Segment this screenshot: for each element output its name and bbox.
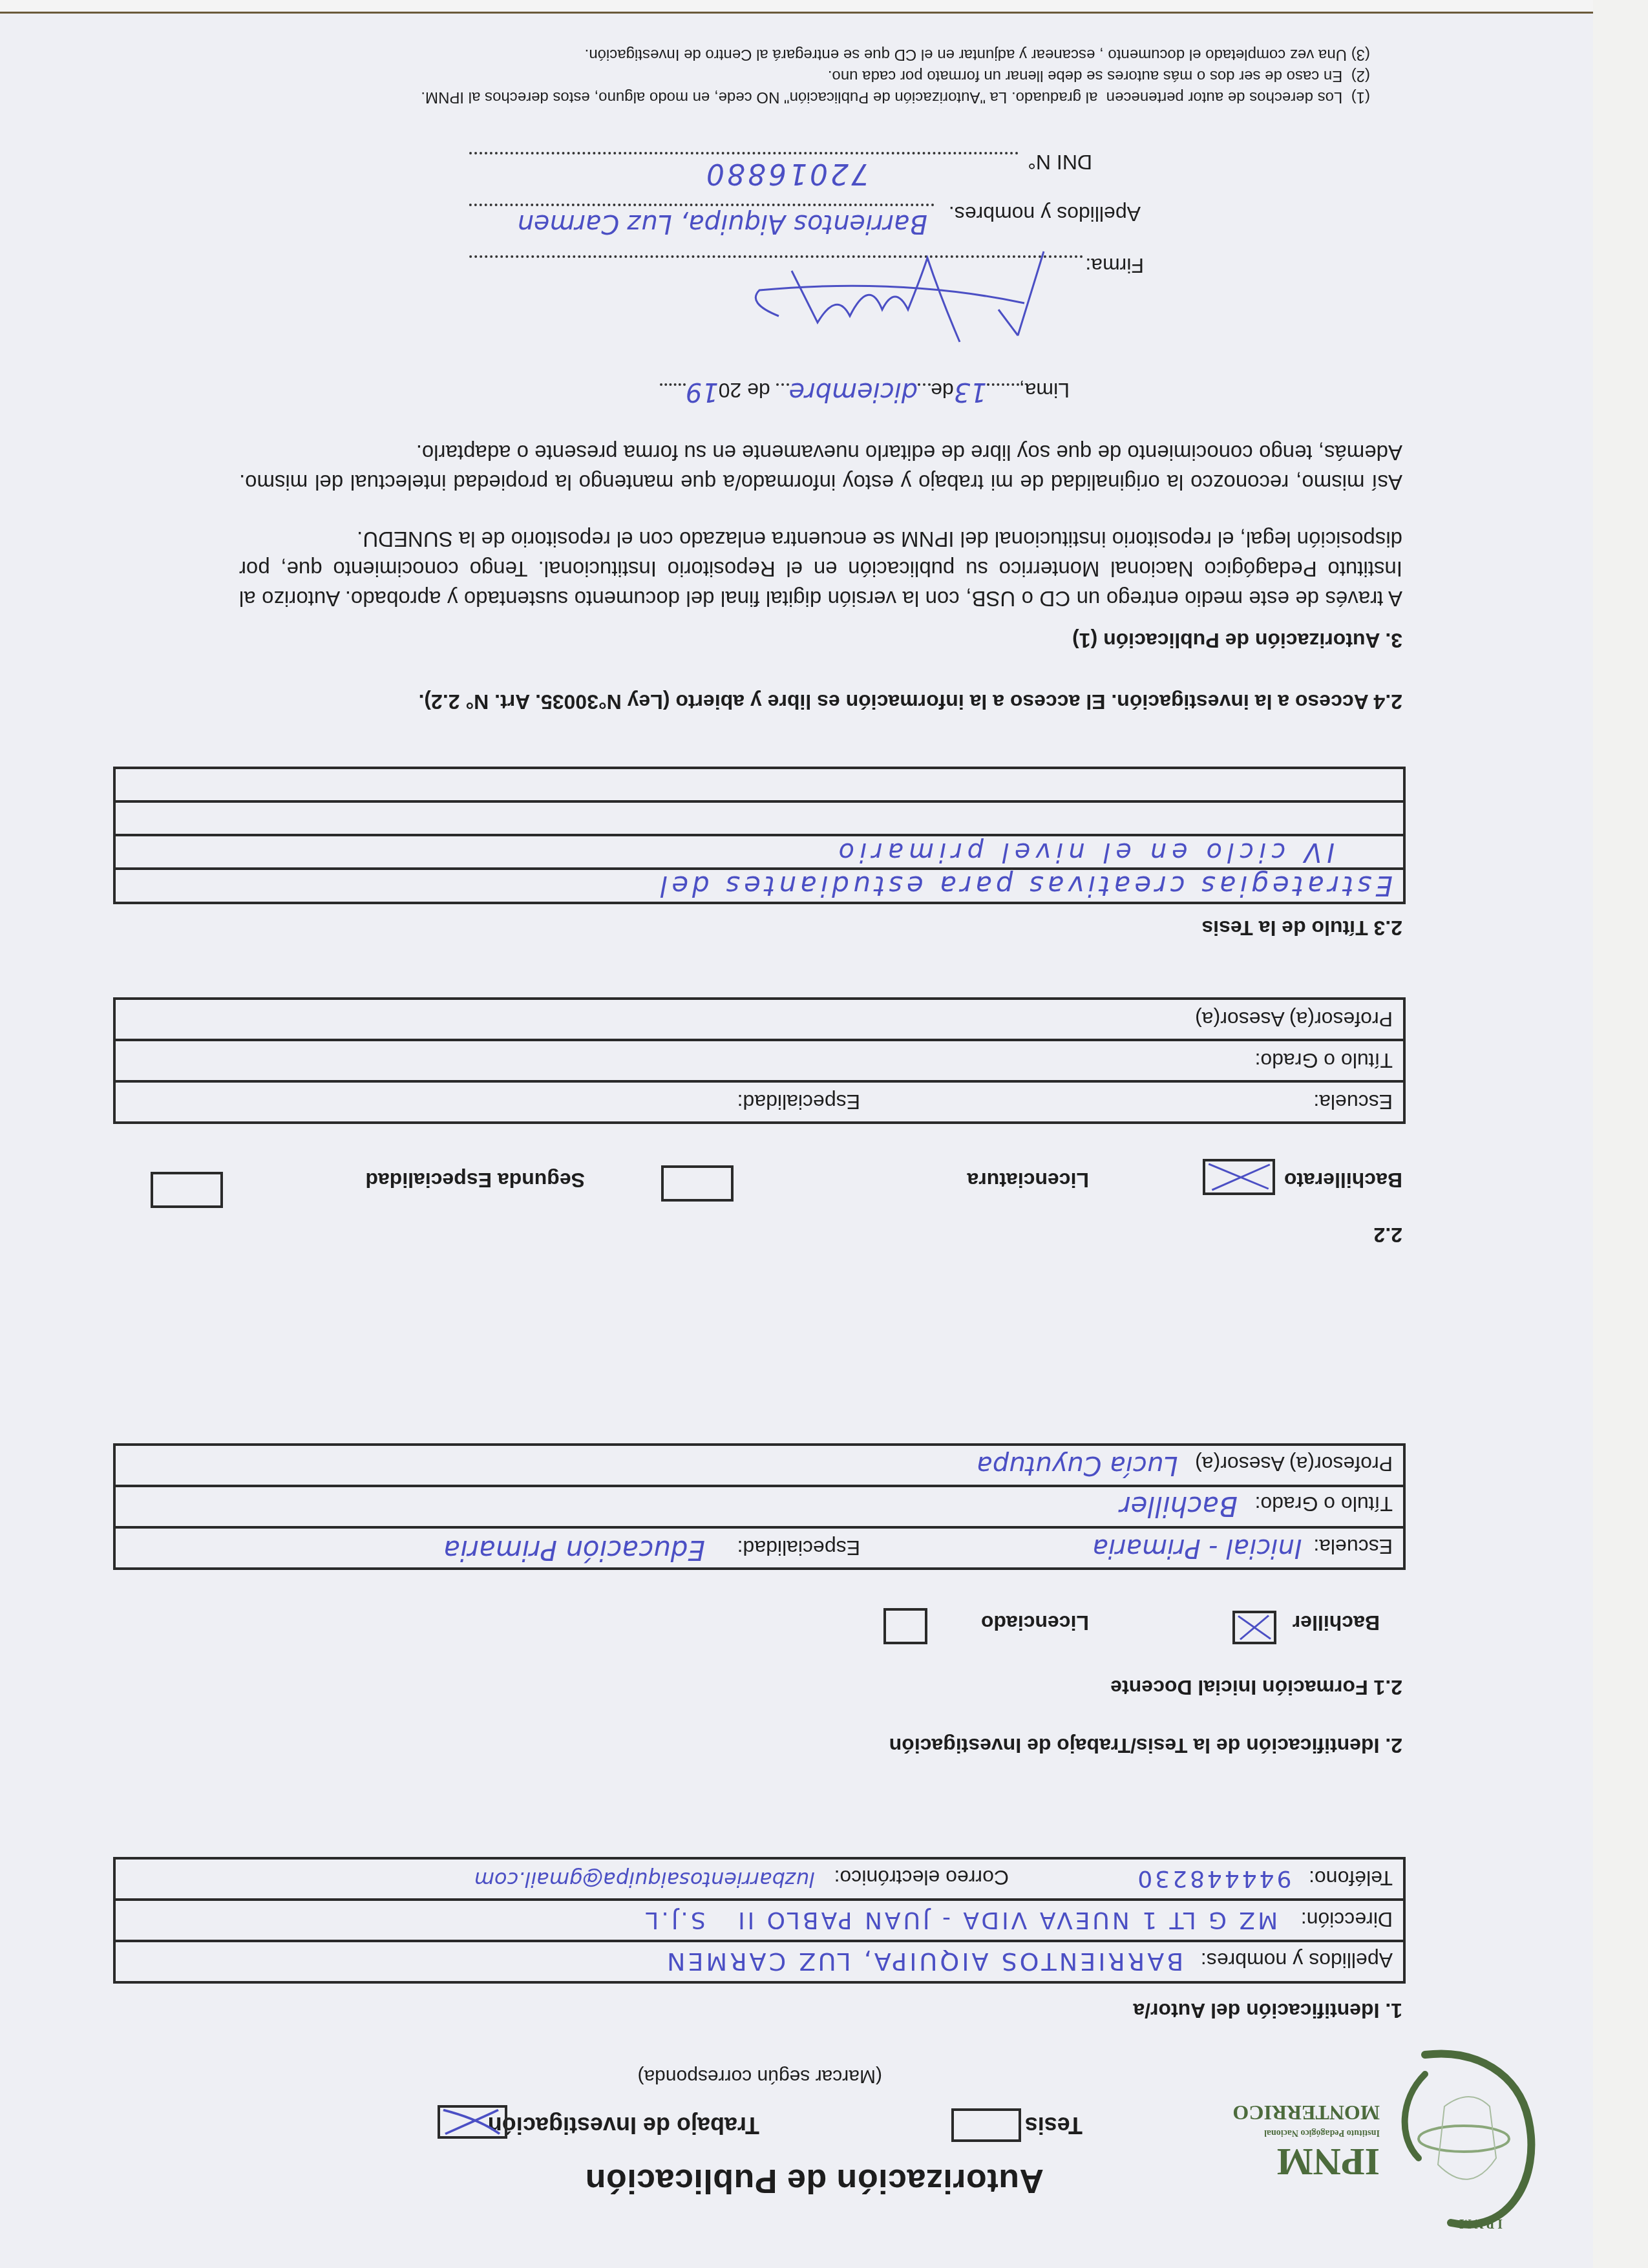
section22-heading: 2.2 xyxy=(1374,1223,1402,1247)
degree-row[interactable]: Título o Grado: Bachiller xyxy=(114,1486,1404,1527)
contact-row[interactable]: Teléfono: 944448230 Correo electrónico: … xyxy=(114,1858,1404,1900)
institution-logo: I P N M IPNM Instituto Pedagógico Nacion… xyxy=(1186,2048,1548,2242)
scanner-edge-strip xyxy=(1593,0,1648,2268)
school-22-row[interactable]: Escuela: Especialidad: xyxy=(114,1081,1404,1123)
authorization-paragraph-2: Así mismo, reconozco la originalidad de … xyxy=(239,438,1402,497)
date-de2: de 20 xyxy=(719,379,770,402)
section3-heading: 3. Autorización de Publicación (1) xyxy=(1072,628,1402,652)
author-name-label: Apellidos y nombres: xyxy=(1201,1949,1393,1972)
page-title: Autorización de Publicación xyxy=(585,2161,1044,2200)
signer-name-value: Barrientos Aiquipa, Luz Carmen xyxy=(518,209,927,238)
signer-name-line[interactable] xyxy=(469,204,934,206)
degree-value: Bachiller xyxy=(1120,1491,1238,1523)
licenciatura-checkbox[interactable] xyxy=(661,1165,734,1202)
licenciatura-label: Licenciatura xyxy=(967,1168,1089,1192)
footnote-2: (2) En caso de ser dos o más autores se … xyxy=(828,67,1370,85)
logo-acronym: IPNM xyxy=(1276,2139,1380,2184)
advisor-value: Lucía Cuyutupa xyxy=(977,1450,1178,1480)
date-de1: de xyxy=(931,379,954,402)
specialty-label: Especialidad: xyxy=(737,1536,860,1560)
licenciado-label: Licenciado xyxy=(981,1611,1089,1635)
date-prefix: Lima, xyxy=(1019,379,1070,402)
advisor-22-label: Profesor(a) Asesor(a) xyxy=(1195,1008,1393,1032)
dni-line[interactable] xyxy=(469,152,1018,154)
tesis-checkbox[interactable] xyxy=(951,2108,1021,2142)
signer-name-label: Apellidos y nombres. xyxy=(949,202,1141,226)
logo-subtitle: Instituto Pedagógico Nacional xyxy=(1264,2127,1380,2137)
advisor-row[interactable]: Profesor(a) Asesor(a) Lucía Cuyutupa xyxy=(114,1445,1404,1486)
selection-note: (Marcar según corresponda) xyxy=(637,2065,882,2087)
document-page: I P N M IPNM Instituto Pedagógico Nacion… xyxy=(0,0,1593,2268)
author-table: Apellidos y nombres: BARRIENTOS AIQUIPA,… xyxy=(113,1857,1406,1984)
check-x-icon xyxy=(1205,1161,1273,1192)
school-label: Escuela: xyxy=(1313,1535,1393,1558)
section2-heading: 2. Identificación de la Tesis/Trabajo de… xyxy=(889,1733,1402,1757)
thesis-title-line-3[interactable] xyxy=(114,801,1404,835)
seal-icon xyxy=(1393,2042,1548,2236)
signature-label: Firma: xyxy=(1085,253,1144,277)
footnote-1: (1) Los derechos de autor pertenecen al … xyxy=(421,88,1370,106)
date-month: diciembre xyxy=(789,377,918,407)
advisor-label: Profesor(a) Asesor(a) xyxy=(1195,1452,1393,1476)
degree-label: Título o Grado: xyxy=(1255,1493,1393,1516)
authorization-paragraph-1: A través de este medio entrego un CD o U… xyxy=(239,524,1402,613)
section21-heading: 2.1 Formación Inicial Docente xyxy=(1110,1675,1402,1699)
address-label: Dirección: xyxy=(1301,1909,1393,1932)
date-line: Lima,13dediciembre de 2019 xyxy=(660,377,1070,407)
trabajo-checkbox[interactable] xyxy=(438,2105,507,2139)
specialty-value: Educación Primaria xyxy=(443,1534,705,1566)
school-row[interactable]: Escuela: Inicial - Primaria Especialidad… xyxy=(114,1527,1404,1569)
page-edge xyxy=(0,0,1593,14)
footnote-3: (3) Una vez completado el documento , es… xyxy=(585,45,1370,63)
formation-21-table: Escuela: Inicial - Primaria Especialidad… xyxy=(113,1443,1406,1570)
school-22-label: Escuela: xyxy=(1313,1091,1393,1114)
licenciado-checkbox[interactable] xyxy=(883,1608,927,1644)
thesis-title-text-2: IV ciclo en el nivel primario xyxy=(834,837,1393,867)
email-value: luzbarrientosaiquipa@gmail.com xyxy=(474,1867,815,1892)
author-name-row[interactable]: Apellidos y nombres: BARRIENTOS AIQUIPA,… xyxy=(114,1941,1404,1982)
thesis-title-table: Estrategias creativas para estudiantes d… xyxy=(113,767,1406,904)
phone-value: 944448230 xyxy=(1135,1866,1291,1892)
formation-22-table: Escuela: Especialidad: Título o Grado: P… xyxy=(113,997,1406,1124)
dni-value: 72016880 xyxy=(704,157,869,190)
signature-scribble-icon xyxy=(740,245,1063,348)
degree-22-label: Título o Grado: xyxy=(1255,1050,1393,1073)
phone-label: Teléfono: xyxy=(1309,1867,1393,1891)
bachillerato-checkbox[interactable] xyxy=(1203,1159,1275,1195)
author-name-value: BARRIENTOS AIQUIPA, LUZ CARMEN xyxy=(664,1947,1183,1976)
dni-label: DNI N° xyxy=(1028,150,1092,174)
bachiller-label: Bachiller xyxy=(1293,1611,1380,1635)
scan-background: I P N M IPNM Instituto Pedagógico Nacion… xyxy=(0,0,1648,2268)
section1-heading: 1. Identificación del Autor/a xyxy=(1133,1998,1402,2022)
trabajo-label: Trabajo de Investigación xyxy=(488,2112,759,2139)
address-value: MZ G LT 1 NUEVA VIDA - JUAN PABLO II S.J… xyxy=(643,1907,1278,1934)
email-label: Correo electrónico: xyxy=(834,1865,1009,1889)
segunda-especialidad-checkbox[interactable] xyxy=(151,1172,223,1208)
section23-heading: 2.3 Título de la Tesis xyxy=(1201,916,1402,940)
thesis-title-text-1: Estrategias creativas para estudiantes d… xyxy=(657,870,1393,902)
check-x-icon xyxy=(440,2108,505,2136)
date-year: 19 xyxy=(686,377,719,407)
thesis-title-line-4[interactable] xyxy=(114,768,1404,801)
tesis-label: Tesis xyxy=(1025,2112,1083,2139)
specialty-22-label: Especialidad: xyxy=(737,1090,860,1114)
advisor-22-row[interactable]: Profesor(a) Asesor(a) xyxy=(114,999,1404,1040)
thesis-title-line-1[interactable]: Estrategias creativas para estudiantes d… xyxy=(114,869,1404,903)
school-value: Inicial - Primaria xyxy=(1092,1533,1302,1563)
bachillerato-label: Bachillerato xyxy=(1284,1168,1402,1192)
section24-heading: 2.4 Acceso a la investigación. El acceso… xyxy=(418,690,1402,714)
bachiller-checkbox[interactable] xyxy=(1232,1611,1276,1644)
date-day: 13 xyxy=(954,377,987,407)
segunda-especialidad-label: Segunda Especialidad xyxy=(365,1168,585,1192)
degree-22-row[interactable]: Título o Grado: xyxy=(114,1040,1404,1081)
check-x-icon xyxy=(1235,1613,1274,1642)
seal-text: I P N M xyxy=(1459,2216,1503,2231)
thesis-title-line-2[interactable]: IV ciclo en el nivel primario xyxy=(114,835,1404,869)
logo-name: MONTERRICO xyxy=(1232,2101,1380,2125)
address-row[interactable]: Dirección: MZ G LT 1 NUEVA VIDA - JUAN P… xyxy=(114,1900,1404,1941)
